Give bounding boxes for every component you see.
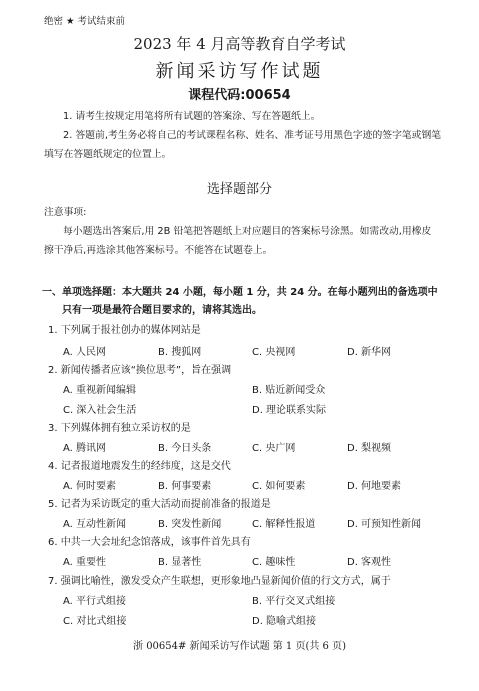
notice-line1: 每小题选出答案后,用 2B 铅笔把答题纸上对应题目的答案标号涂黑。如需改动,用橡… (63, 222, 431, 241)
question-6-option-b[interactable]: B. 显著性 (158, 553, 201, 568)
instruction-2-line2: 填写在答题纸规定的位置上。 (44, 145, 171, 164)
exam-year: 2023 年 4 月高等教育自学考试 (0, 33, 479, 54)
question-1-option-d[interactable]: D. 新华网 (347, 343, 391, 358)
question-7-option-b[interactable]: B. 平行交叉式组接 (252, 592, 335, 607)
instruction-1: 1. 请考生按规定用笔将所有试题的答案涂、写在答题纸上。 (63, 107, 320, 126)
question-6-option-c[interactable]: C. 趣味性 (252, 553, 295, 568)
question-2-stem: 2. 新闻传播者应该“换位思考”，旨在强调 (48, 361, 231, 376)
question-4-option-b[interactable]: B. 何事要素 (158, 477, 211, 492)
question-5-option-b[interactable]: B. 突发性新闻 (158, 515, 221, 530)
question-2-option-b[interactable]: B. 贴近新闻受众 (252, 381, 325, 396)
question-2-option-c[interactable]: C. 深入社会生活 (63, 401, 136, 416)
question-3-option-d[interactable]: D. 梨视频 (347, 439, 391, 454)
question-7-option-d[interactable]: D. 隐喻式组接 (252, 612, 316, 627)
section-title: 选择题部分 (0, 178, 479, 197)
question-6-option-d[interactable]: D. 客观性 (347, 553, 391, 568)
question-4-option-c[interactable]: C. 如何要素 (252, 477, 305, 492)
question-7-stem: 7. 强调比喻性，激发受众产生联想，更形象地凸显新闻价值的行文方式，属于 (48, 572, 391, 587)
notice-line2: 擦干净后,再选涂其他答案标号。不能答在试题卷上。 (44, 241, 272, 260)
secret-label: 绝密 ★ 考试结束前 (44, 13, 125, 27)
question-4-option-a[interactable]: A. 何时要素 (63, 477, 116, 492)
question-1-option-c[interactable]: C. 央视网 (252, 343, 295, 358)
course-code: 课程代码:00654 (0, 84, 479, 103)
question-1-option-a[interactable]: A. 人民网 (63, 343, 106, 358)
exam-title: 新闻采访写作试题 (0, 57, 479, 83)
question-3-stem: 3. 下列媒体拥有独立采访权的是 (48, 419, 191, 434)
question-5-option-a[interactable]: A. 互动性新闻 (63, 515, 126, 530)
question-4-stem: 4. 记者报道地震发生的经纬度，这是交代 (48, 457, 231, 472)
question-2-option-a[interactable]: A. 重视新闻编辑 (63, 381, 136, 396)
question-1-option-b[interactable]: B. 搜狐网 (158, 343, 201, 358)
instruction-2-line1: 2. 答题前,考生务必将自己的考试课程名称、姓名、准考证号用黑色字迹的签字笔或钢… (63, 126, 441, 145)
question-7-option-c[interactable]: C. 对比式组接 (63, 612, 126, 627)
question-6-stem: 6. 中共一大会址纪念馆落成，该事件首先具有 (48, 533, 251, 548)
question-5-option-d[interactable]: D. 可预知性新闻 (347, 515, 421, 530)
question-1-stem: 1. 下列属于报社创办的媒体网站是 (48, 321, 201, 336)
question-4-option-d[interactable]: D. 何地要素 (347, 477, 401, 492)
notice-label: 注意事项: (44, 203, 87, 222)
part1-heading-line1: 一、单项选择题：本大题共 24 小题，每小题 1 分，共 24 分。在每小题列出… (42, 283, 438, 298)
question-5-stem: 5. 记者为采访既定的重大活动而提前准备的报道是 (48, 495, 271, 510)
question-3-option-b[interactable]: B. 今日头条 (158, 439, 211, 454)
question-3-option-c[interactable]: C. 央广网 (252, 439, 295, 454)
page-footer: 浙 00654# 新闻采访写作试题 第 1 页(共 6 页) (0, 637, 479, 652)
question-5-option-c[interactable]: C. 解释性报道 (252, 515, 315, 530)
question-3-option-a[interactable]: A. 腾讯网 (63, 439, 106, 454)
question-7-option-a[interactable]: A. 平行式组接 (63, 592, 126, 607)
part1-heading-line2: 只有一项是最符合题目要求的，请将其选出。 (62, 301, 262, 316)
question-2-option-d[interactable]: D. 理论联系实际 (252, 401, 326, 416)
question-6-option-a[interactable]: A. 重要性 (63, 553, 106, 568)
